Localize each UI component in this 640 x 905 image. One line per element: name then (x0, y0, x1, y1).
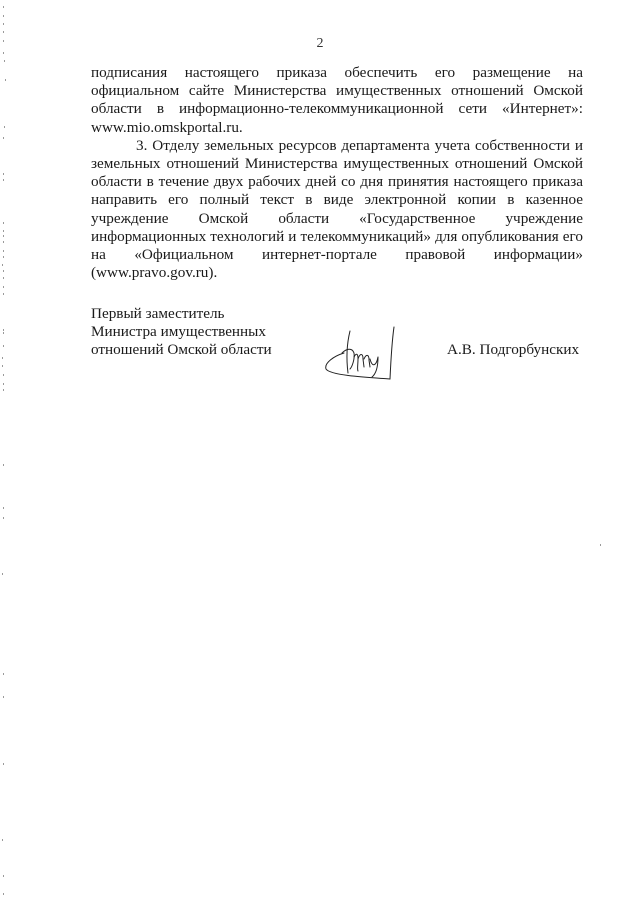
scan-speck (3, 137, 4, 139)
scan-speck (3, 332, 4, 334)
scan-speck (3, 696, 4, 698)
scan-speck (2, 365, 3, 367)
scan-speck (3, 763, 4, 765)
scan-speck (3, 673, 4, 675)
text-line: области в течение двух рабочих дней со д… (91, 173, 583, 191)
scan-speck (3, 241, 4, 243)
scan-speck (3, 464, 4, 466)
scan-speck (3, 31, 4, 33)
scan-speck (3, 52, 4, 54)
scan-speck (3, 329, 4, 331)
text-line: www.mio.omskportal.ru. (91, 119, 583, 137)
scan-speck (3, 256, 4, 258)
scan-speck (2, 357, 3, 359)
scan-speck (3, 345, 4, 347)
scan-speck (2, 264, 3, 266)
handwritten-signature-icon (320, 323, 400, 381)
scan-speck (2, 839, 3, 841)
scan-speck (600, 544, 601, 546)
scan-speck (3, 222, 4, 224)
text-line: учреждение Омской области «Государственн… (91, 210, 583, 228)
text-line: подписания настоящего приказа обеспечить… (91, 64, 583, 82)
scan-speck (3, 23, 4, 25)
text-line: официальном сайте Министерства имуществе… (91, 82, 583, 100)
scan-speck (3, 250, 4, 252)
scan-speck (3, 374, 4, 376)
scan-speck (3, 40, 4, 42)
scan-speck (5, 79, 6, 81)
scan-speck (3, 173, 4, 175)
scan-speck (2, 573, 3, 575)
scan-speck (3, 179, 4, 181)
scan-speck (4, 126, 5, 128)
scan-speck (3, 383, 4, 385)
scan-speck (3, 293, 4, 295)
scan-speck (3, 893, 4, 895)
scan-speck (3, 277, 4, 279)
scan-speck (3, 389, 4, 391)
text-line: информационных технологий и телекоммуник… (91, 228, 583, 246)
scan-speck (3, 517, 4, 519)
text-line: направить его полный текст в виде электр… (91, 191, 583, 209)
paragraph-item-3: 3. Отделу земельных ресурсов департамент… (91, 137, 583, 283)
scan-speck (3, 507, 4, 509)
scan-speck (3, 6, 4, 8)
text-line: на «Официальном интернет-портале правово… (91, 246, 583, 264)
text-line: (www.pravo.gov.ru). (91, 264, 583, 282)
scan-speck (3, 15, 4, 17)
paragraph-continuation: подписания настоящего приказа обеспечить… (91, 64, 583, 137)
scan-speck (3, 230, 4, 232)
signer-name: А.В. Подгорбунских (447, 341, 579, 359)
page-number: 2 (0, 36, 640, 52)
text-line: 3. Отделу земельных ресурсов департамент… (91, 137, 583, 155)
signatory-title-line: Первый заместитель (91, 305, 591, 323)
text-line: области в информационно-телекоммуникацио… (91, 100, 583, 118)
body-text: подписания настоящего приказа обеспечить… (91, 64, 583, 282)
scan-speck (3, 270, 4, 272)
scan-speck (4, 60, 5, 62)
scan-speck (3, 286, 4, 288)
scan-speck (3, 875, 4, 877)
scan-speck (3, 235, 4, 237)
text-line: земельных отношений Министерства имущест… (91, 155, 583, 173)
